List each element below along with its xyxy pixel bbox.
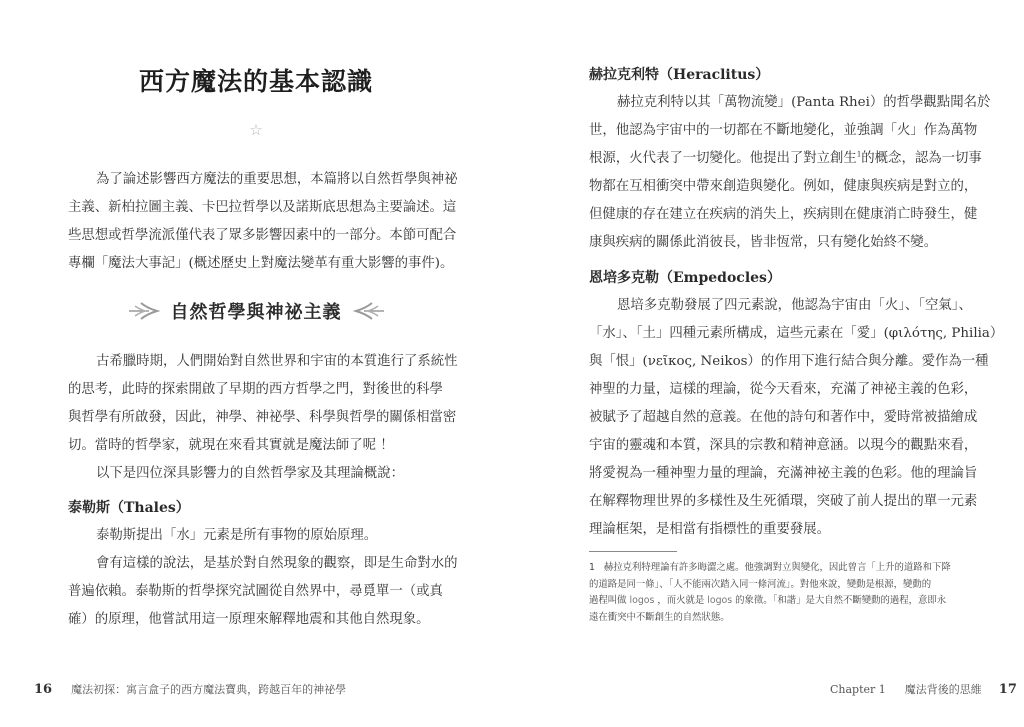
- left-page: 西方魔法的基本認識 ☆ 為了論述影響西方魔法的重要思想，本篇將以自然哲學與神祕 …: [0, 0, 512, 727]
- footnote-line: 遠在衝突中不斷創生的自然狀態。: [589, 610, 959, 627]
- right-footer: Chapter 1 魔法背後的思維 17: [830, 681, 1017, 697]
- section-heading: 自然哲學與神祕主義: [0, 298, 512, 324]
- footnote: 1 赫拉克利特理論有許多晦澀之處。他強調對立與變化，因此曾言「上升的道路和下降 …: [589, 560, 959, 626]
- page-number: 16: [34, 682, 52, 697]
- text-line: 但健康的存在建立在疾病的消失上，疾病則在健康消亡時發生，健: [589, 201, 969, 229]
- text-line: 切。當時的哲學家，就現在來看其實就是魔法師了呢 ！: [68, 432, 448, 460]
- text-fragment: 赫拉克利特理論有許多晦澀之處。他強調對立與變化，因此曾言「上升的道路和下降: [604, 562, 951, 573]
- empedocles-heading: 恩培多克勒（Empedocles）: [589, 267, 781, 287]
- text-line: 被賦予了超越自然的意義。在他的詩句和著作中，愛時常被描繪成: [589, 404, 969, 432]
- text-line: 為了論述影響西方魔法的重要思想，本篇將以自然哲學與神祕: [68, 166, 448, 194]
- text-fragment: 的概念，認為一切事: [861, 151, 982, 166]
- heraclitus-heading: 赫拉克利特（Heraclitus）: [589, 64, 769, 84]
- left-footer: 16 魔法初探：寓言盒子的西方魔法寶典，跨越百年的神祕學: [34, 681, 346, 697]
- text-line: 古希臘時期，人們開始對自然世界和宇宙的本質進行了系統性: [68, 348, 448, 376]
- text-line: 的思考，此時的探索開啟了早期的西方哲學之門，對後世的科學: [68, 376, 448, 404]
- left-ornament-icon: [127, 300, 161, 322]
- heraclitus-paragraph: 赫拉克利特以其「萬物流變」(Panta Rhei）的哲學觀點聞名於 世，他認為宇…: [589, 89, 969, 257]
- lead-in-line: 以下是四位深具影響力的自然哲學家及其理論概說：: [68, 460, 448, 488]
- text-line: 恩培多克勒發展了四元素說，他認為宇宙由「火」、「空氣」、: [589, 292, 969, 320]
- text-line: 「水」、「土」四種元素所構成，這些元素在「愛」(φιλότης, Philia）: [589, 320, 969, 348]
- text-fragment: ，而火就是: [654, 595, 707, 606]
- latin-term: logos: [629, 595, 654, 606]
- text-fragment: 過程叫做: [589, 595, 629, 606]
- footnote-divider: [589, 551, 677, 552]
- text-line: 世，他認為宇宙中的一切都在不斷地變化，並強調「火」作為萬物: [589, 117, 969, 145]
- text-line: 與「恨」(νεῖκος, Neikos）的作用下進行結合與分離。愛作為一種: [589, 348, 969, 376]
- text-line: 普遍依賴。泰勒斯的哲學探究試圖從自然界中，尋覓單一（或真: [68, 578, 448, 606]
- text-fragment: 根源，火代表了一切變化。他提出了對立創生: [589, 151, 857, 166]
- star-icon: ☆: [0, 121, 512, 139]
- text-line: 些思想或哲學流派僅代表了眾多影響因素中的一部分。本節可配合: [68, 222, 448, 250]
- right-ornament-icon: [352, 300, 386, 322]
- section-heading-label: 自然哲學與神祕主義: [171, 298, 342, 324]
- text-line: 赫拉克利特以其「萬物流變」(Panta Rhei）的哲學觀點聞名於: [589, 89, 969, 117]
- text-fragment: 的象徵。「和諧」是大自然不斷變動的過程，意即永: [732, 595, 946, 606]
- text-line: 泰勒斯提出「水」元素是所有事物的原始原理。: [68, 522, 448, 550]
- text-line: 將愛視為一種神聖力量的理論，充滿神祕主義的色彩。他的理論旨: [589, 460, 969, 488]
- book-title: 魔法初探：寓言盒子的西方魔法寶典，跨越百年的神祕學: [71, 683, 346, 696]
- footnote-line: 1 赫拉克利特理論有許多晦澀之處。他強調對立與變化，因此曾言「上升的道路和下降: [589, 560, 959, 577]
- empedocles-paragraph: 恩培多克勒發展了四元素說，他認為宇宙由「火」、「空氣」、 「水」、「土」四種元素…: [589, 292, 969, 544]
- text-line: 與哲學有所啟發，因此，神學、神祕學、科學與哲學的關係相當密: [68, 404, 448, 432]
- text-line: 專欄「魔法大事記」(概述歷史上對魔法變革有重大影響的事件)。: [68, 250, 448, 278]
- section-paragraph: 古希臘時期，人們開始對自然世界和宇宙的本質進行了系統性 的思考，此時的探索開啟了…: [68, 348, 448, 488]
- chapter-label: Chapter 1: [830, 683, 886, 696]
- thales-heading: 泰勒斯（Thales）: [68, 497, 190, 517]
- latin-term: logos: [707, 595, 732, 606]
- page-number: 17: [999, 682, 1017, 697]
- chapter-title-footer: 魔法背後的思維: [905, 683, 982, 696]
- chapter-title: 西方魔法的基本認識: [0, 62, 512, 98]
- thales-paragraph: 泰勒斯提出「水」元素是所有事物的原始原理。 會有這樣的說法，是基於對自然現象的觀…: [68, 522, 448, 634]
- footnote-line: 過程叫做 logos ，而火就是 logos 的象徵。「和諧」是大自然不斷變動的…: [589, 593, 959, 610]
- text-line: 根源，火代表了一切變化。他提出了對立創生1的概念，認為一切事: [589, 145, 969, 173]
- intro-paragraph: 為了論述影響西方魔法的重要思想，本篇將以自然哲學與神祕 主義、新柏拉圖主義、卡巴…: [68, 166, 448, 278]
- text-line: 神聖的力量，這樣的理論，從今天看來，充滿了神祕主義的色彩，: [589, 376, 969, 404]
- footnote-line: 的道路是同一條」、「人不能兩次踏入同一條河流」。對他來說，變動是根源，變動的: [589, 577, 959, 594]
- text-line: 確）的原理，他嘗試用這一原理來解釋地震和其他自然現象。: [68, 606, 448, 634]
- text-line: 在解釋物理世界的多樣性及生死循環，突破了前人提出的單一元素: [589, 488, 969, 516]
- text-line: 宇宙的靈魂和本質，深具的宗教和精神意涵。以現今的觀點來看，: [589, 432, 969, 460]
- footnote-number: 1: [589, 562, 595, 573]
- text-line: 康與疾病的關係此消彼長，皆非恆常，只有變化始終不變。: [589, 229, 969, 257]
- text-line: 主義、新柏拉圖主義、卡巴拉哲學以及諾斯底思想為主要論述。這: [68, 194, 448, 222]
- text-line: 會有這樣的說法，是基於對自然現象的觀察，即是生命對水的: [68, 550, 448, 578]
- text-line: 物都在互相衝突中帶來創造與變化。例如，健康與疾病是對立的，: [589, 173, 969, 201]
- text-line: 理論框架，是相當有指標性的重要發展。: [589, 516, 969, 544]
